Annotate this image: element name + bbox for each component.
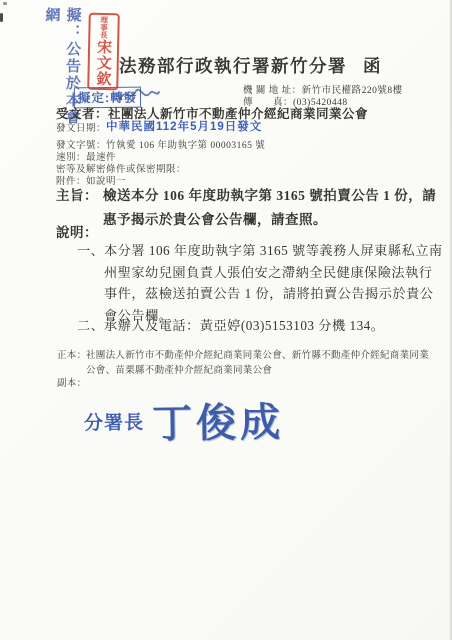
- scan-smudge-artifact: [3, 2, 7, 5]
- issue-date-stamp: 中華民國112年5月19日發文: [106, 121, 262, 133]
- issue-date-line: 發文日期：中華民國112年5月19日發文: [56, 119, 262, 135]
- subject-label: 主旨：: [56, 184, 98, 208]
- original-recipients-block: 正本： 社團法人新竹市不動產仲介經紀商業同業公會、新竹縣不動產仲介經紀商業同業公…: [57, 349, 435, 379]
- explanation-item-number: 一、: [77, 240, 104, 262]
- chairman-stamp-name: 宋文欽: [92, 39, 114, 87]
- explanation-item-text: 承辦人及電話：黃亞婷(03)5153103 分機 134。: [77, 315, 443, 337]
- explanation-item: 一、 本分署 106 年度助執字第 3165 號等義務人屏東縣私立南州聖家幼兒園…: [77, 240, 443, 326]
- original-label: 正本：: [57, 349, 86, 364]
- signature-block: 分署長 丁俊成: [84, 391, 285, 451]
- document-page: 擬：公告於本會網 理事長宋文欽 法務部行政執行署新竹分署函 機 關 地 址：新竹…: [0, 0, 452, 640]
- document-title: 法務部行政執行署新竹分署函: [119, 53, 382, 78]
- chairman-stamp: 理事長宋文欽: [87, 13, 120, 91]
- explanation-item-number: 二、: [77, 315, 104, 337]
- original-recipients: 社團法人新竹市不動產仲介經紀商業同業公會、新竹縣不動產仲介經紀商業同業公會、苗栗…: [57, 349, 435, 379]
- signer-title: 分署長: [84, 408, 144, 436]
- explanation-label: 說明：: [56, 221, 98, 241]
- doc-number-value: 竹執愛 106 年助執字第 00003165 號: [106, 141, 265, 151]
- explanation-item-text: 本分署 106 年度助執字第 3165 號等義務人屏東縣私立南州聖家幼兒園負責人…: [77, 240, 443, 326]
- document-type: 函: [363, 56, 382, 76]
- explanation-item: 二、 承辦人及電話：黃亞婷(03)5153103 分機 134。: [77, 315, 443, 337]
- issue-date-label: 發文日期：: [56, 124, 106, 134]
- subject-text: 檢送本分 106 年度助執字第 3165 號拍賣公告 1 份，請惠予揭示於貴公會…: [56, 184, 438, 232]
- chairman-stamp-title: 理事長: [98, 16, 109, 39]
- scan-smudge-artifact: [0, 13, 3, 22]
- signer-name: 丁俊成: [152, 391, 285, 450]
- copy-label: 副本：: [57, 377, 86, 392]
- subject-block: 主旨： 檢送本分 106 年度助執字第 3165 號拍賣公告 1 份，請惠予揭示…: [56, 184, 438, 232]
- agency-name: 法務部行政執行署新竹分署: [119, 56, 347, 76]
